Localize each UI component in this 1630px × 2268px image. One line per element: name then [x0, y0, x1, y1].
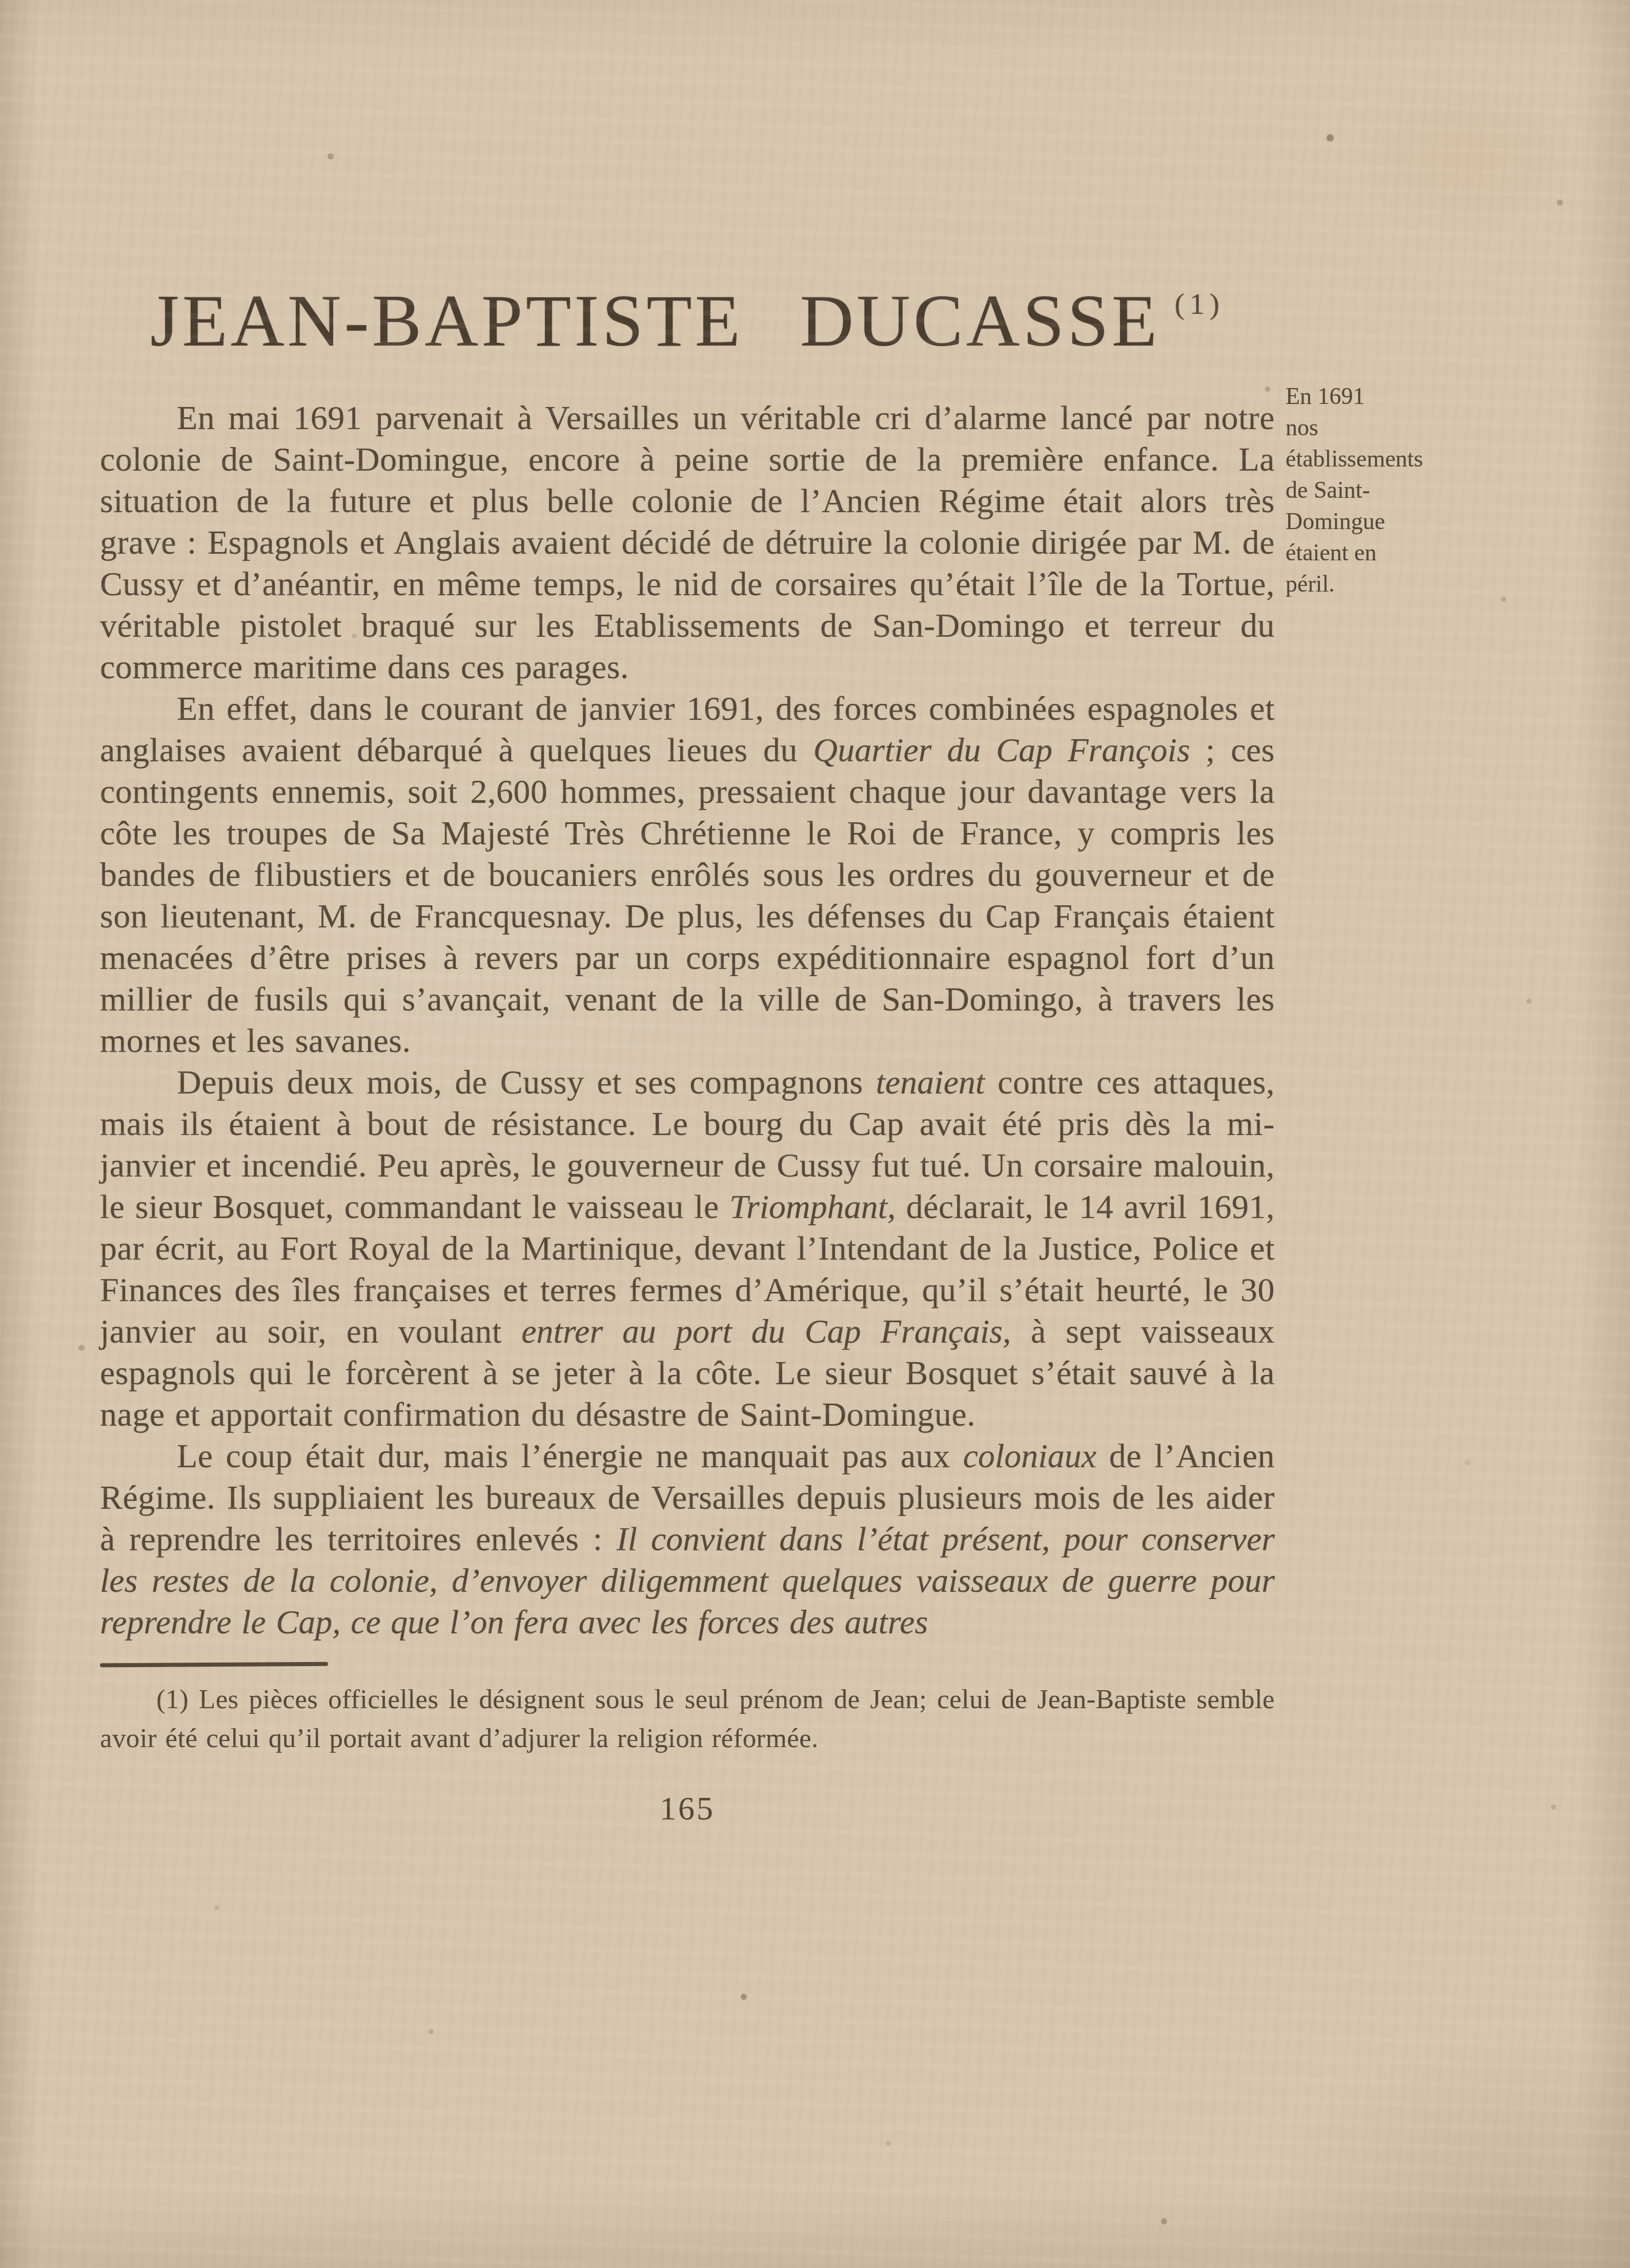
footnote-reference-mark: (1): [1174, 287, 1225, 320]
paper-speckles: [0, 0, 3, 3]
footnote-marker: (1): [156, 1685, 189, 1714]
footnote-separator-rule: [100, 1662, 328, 1668]
paragraph-1: En mai 1691 parvenait à Versailles un vé…: [100, 397, 1275, 688]
main-text-block: En mai 1691 parvenait à Versailles un vé…: [100, 397, 1275, 1828]
footnote: (1) Les pièces officielles le désignent …: [100, 1680, 1275, 1758]
chapter-title: JEAN-BAPTISTE DUCASSE(1): [100, 266, 1275, 359]
footnote-text: Les pièces officielles le désignent sous…: [100, 1685, 1275, 1753]
book-page: JEAN-BAPTISTE DUCASSE(1) En mai 1691 par…: [0, 0, 1630, 2268]
paragraph-4: Le coup était dur, mais l’énergie ne man…: [100, 1435, 1275, 1643]
paragraph-2: En effet, dans le courant de janvier 169…: [100, 688, 1275, 1062]
page-number: 165: [100, 1790, 1275, 1828]
paragraph-3: Depuis deux mois, de Cussy et ses compag…: [100, 1062, 1275, 1435]
margin-note: En 1691nosétablissementsde Saint-Domingu…: [1286, 380, 1475, 599]
chapter-title-text: JEAN-BAPTISTE DUCASSE: [150, 280, 1160, 362]
